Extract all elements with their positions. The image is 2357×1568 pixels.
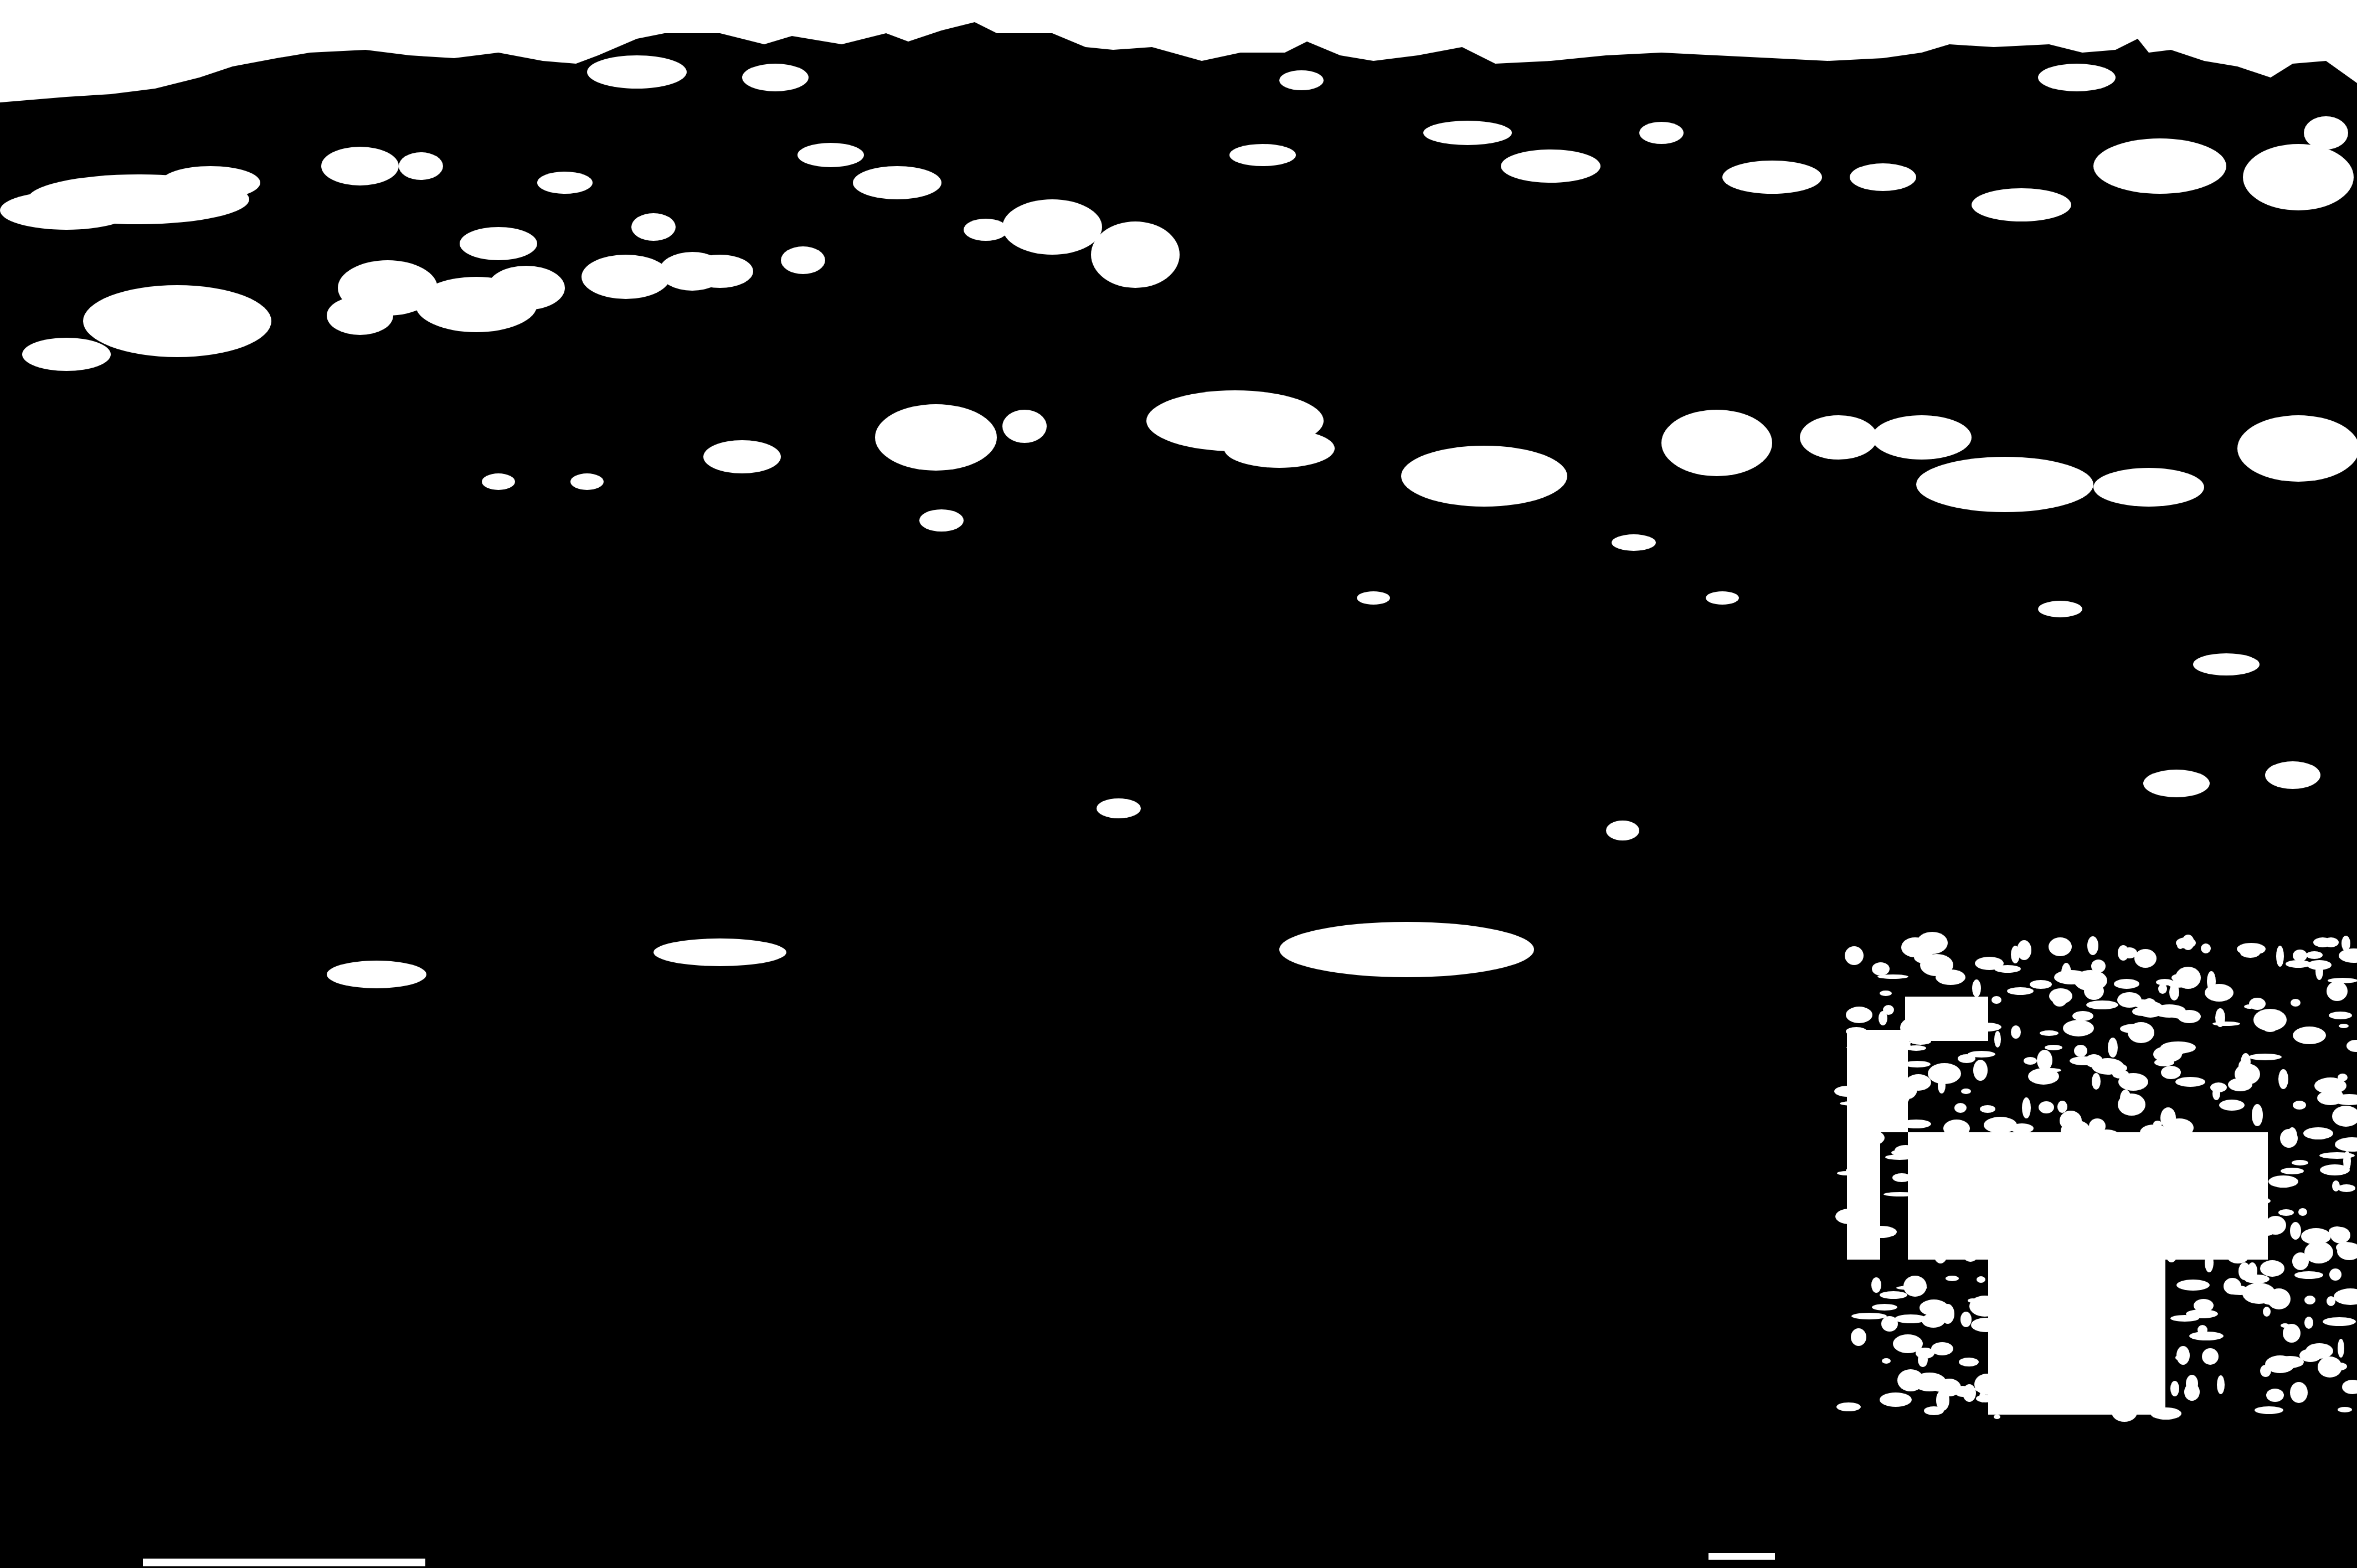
bottom-bar-right bbox=[1708, 1553, 1775, 1560]
bottom-bar bbox=[143, 1559, 425, 1566]
binarized-photo bbox=[0, 0, 2357, 1568]
